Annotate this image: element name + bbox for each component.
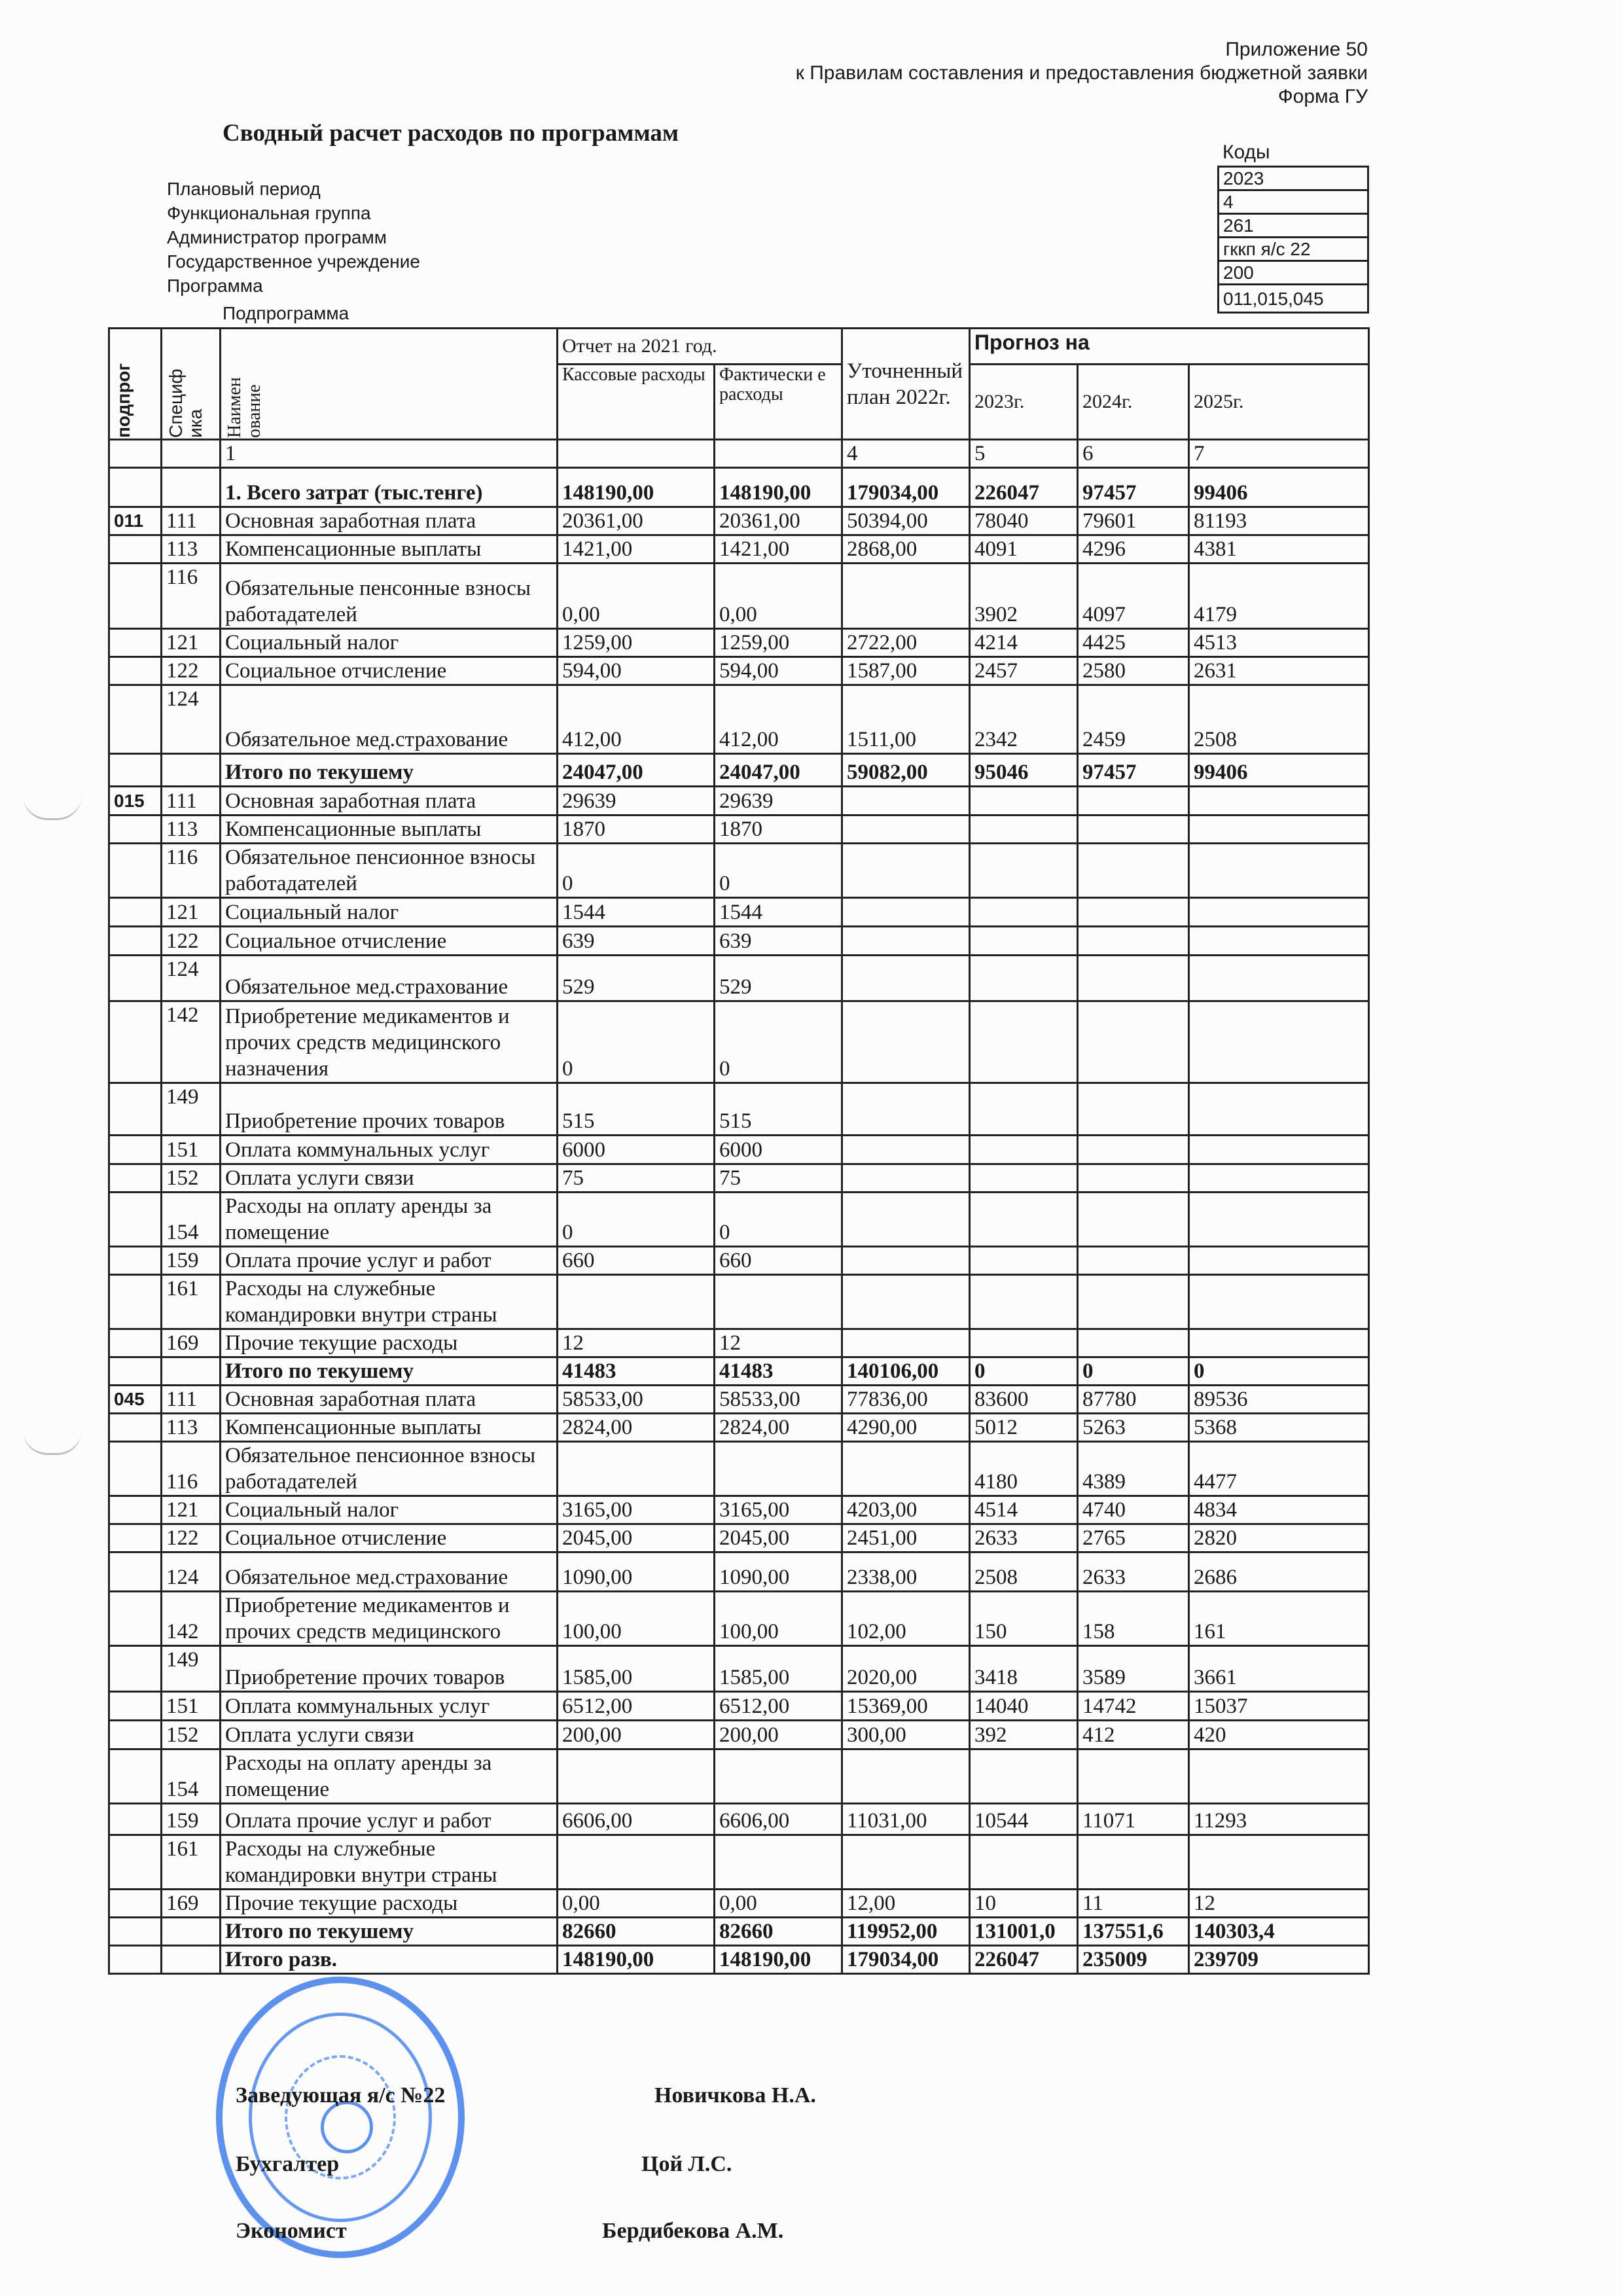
row-forecast-2024: 97457 [1078,468,1189,507]
row-subprogram: 045 [109,1386,162,1414]
row-cash: 148190,00 [558,1946,715,1974]
row-forecast-2023 [970,787,1078,816]
row-plan [842,564,970,629]
row-actual: 6512,00 [715,1692,842,1721]
row-specifics: 113 [162,1414,221,1442]
table-row: 142Приобретение медикаментов и прочих ср… [109,1592,1369,1646]
table-row: 152Оплата услуги связи200,00200,00300,00… [109,1721,1369,1749]
header-2025: 2025г. [1189,365,1369,440]
row-subprogram [109,1193,162,1247]
row-forecast-2023 [970,1083,1078,1136]
row-subprogram [109,1804,162,1835]
header-2023: 2023г. [970,365,1078,440]
row-plan: 1587,00 [842,657,970,685]
row-subprogram [109,1918,162,1946]
row-specifics: 152 [162,1164,221,1193]
row-subprogram [109,1001,162,1083]
row-plan [842,898,970,927]
row-name: Обязательные пенсонные взносы работадате… [221,564,558,629]
row-plan: 179034,00 [842,468,970,507]
row-specifics: 111 [162,1386,221,1414]
row-actual [715,1442,842,1496]
row-forecast-2023: 392 [970,1721,1078,1749]
table-row: Итого по текушему4148341483140106,00000 [109,1357,1369,1386]
table-row: 122Социальное отчисление2045,002045,0024… [109,1524,1369,1552]
row-forecast-2025: 5368 [1189,1414,1369,1442]
row-actual: 0 [715,1001,842,1083]
row-forecast-2025 [1189,844,1369,898]
row-plan [842,787,970,816]
row-actual: 515 [715,1083,842,1136]
row-subprogram [109,1442,162,1496]
row-forecast-2023: 131001,0 [970,1918,1078,1946]
row-specifics: 111 [162,507,221,535]
row-forecast-2025 [1189,1001,1369,1083]
code-value: 261 [1219,214,1368,238]
row-name: Социальное отчисление [221,927,558,956]
table-row: 122Социальное отчисление594,00594,001587… [109,657,1369,685]
row-forecast-2023 [970,1164,1078,1193]
row-plan [842,1001,970,1083]
header-forecast: Прогноз на [970,329,1369,365]
row-forecast-2023: 4214 [970,629,1078,657]
row-forecast-2023: 2342 [970,685,1078,754]
row-forecast-2024 [1078,1275,1189,1329]
row-forecast-2025 [1189,1275,1369,1329]
row-name: Итого по текушему [221,754,558,787]
column-number [558,440,715,468]
table-row: Итого разв.148190,00148190,00179034,0022… [109,1946,1369,1974]
row-actual: 1259,00 [715,629,842,657]
row-name: 1. Всего затрат (тыс.тенге) [221,468,558,507]
table-row: 159Оплата прочие услуг и работ6606,00660… [109,1804,1369,1835]
table-row: 124Обязательное мед.страхование412,00412… [109,685,1369,754]
row-forecast-2024 [1078,1749,1189,1804]
row-specifics: 121 [162,1496,221,1524]
row-forecast-2024 [1078,898,1189,927]
row-actual: 200,00 [715,1721,842,1749]
row-subprogram [109,927,162,956]
meta-label: Подпрограмма [223,303,349,324]
row-forecast-2023: 78040 [970,507,1078,535]
column-number: 1 [221,440,558,468]
row-forecast-2023: 4091 [970,535,1078,564]
row-forecast-2025 [1189,1329,1369,1357]
row-forecast-2024 [1078,1083,1189,1136]
row-plan: 300,00 [842,1721,970,1749]
punch-hole-mark [23,795,82,820]
table-row: 113Компенсационные выплаты2824,002824,00… [109,1414,1369,1442]
row-cash: 41483 [558,1357,715,1386]
row-actual: 58533,00 [715,1386,842,1414]
row-actual: 75 [715,1164,842,1193]
table-row: 149Приобретение прочих товаров515515 [109,1083,1369,1136]
row-name: Оплата прочие услуг и работ [221,1804,558,1835]
row-subprogram [109,1835,162,1890]
row-plan: 4203,00 [842,1496,970,1524]
row-specifics: 142 [162,1592,221,1646]
row-forecast-2025: 0 [1189,1357,1369,1386]
row-subprogram [109,1749,162,1804]
code-value: 4 [1219,190,1368,214]
row-name: Компенсационные выплаты [221,1414,558,1442]
row-actual: 412,00 [715,685,842,754]
row-plan [842,1275,970,1329]
row-actual: 100,00 [715,1592,842,1646]
row-cash: 1870 [558,816,715,844]
row-plan: 15369,00 [842,1692,970,1721]
row-actual: 6000 [715,1136,842,1164]
row-forecast-2025 [1189,927,1369,956]
row-cash: 412,00 [558,685,715,754]
row-specifics: 169 [162,1329,221,1357]
table-row: 151Оплата коммунальных услуг6512,006512,… [109,1692,1369,1721]
row-subprogram [109,1646,162,1692]
row-subprogram [109,1496,162,1524]
row-forecast-2025: 4834 [1189,1496,1369,1524]
row-actual: 20361,00 [715,507,842,535]
row-forecast-2024 [1078,787,1189,816]
row-forecast-2023 [970,1835,1078,1890]
signature-name: Новичкова Н.А. [654,2083,816,2108]
row-forecast-2024 [1078,1193,1189,1247]
row-forecast-2023 [970,1329,1078,1357]
row-subprogram [109,657,162,685]
row-forecast-2023: 4514 [970,1496,1078,1524]
row-forecast-2024: 412 [1078,1721,1189,1749]
row-subprogram: 015 [109,787,162,816]
row-specifics: 149 [162,1083,221,1136]
row-forecast-2025: 99406 [1189,468,1369,507]
row-actual: 148190,00 [715,468,842,507]
code-value: 2023 [1219,167,1368,190]
row-forecast-2023: 226047 [970,1946,1078,1974]
row-subprogram [109,1275,162,1329]
table-row: 142Приобретение медикаментов и прочих ср… [109,1001,1369,1083]
row-forecast-2024 [1078,1835,1189,1890]
row-subprogram [109,1164,162,1193]
row-actual: 1870 [715,816,842,844]
row-cash: 1421,00 [558,535,715,564]
row-actual: 0,00 [715,564,842,629]
row-forecast-2025: 89536 [1189,1386,1369,1414]
row-subprogram [109,1136,162,1164]
signature-name: Бердибекова А.М. [602,2219,783,2244]
row-plan [842,927,970,956]
row-actual: 529 [715,956,842,1001]
codes-label: Коды [1222,141,1270,164]
row-name: Компенсационные выплаты [221,816,558,844]
row-forecast-2024 [1078,816,1189,844]
row-forecast-2024: 4740 [1078,1496,1189,1524]
header-2024: 2024г. [1078,365,1189,440]
row-forecast-2025: 81193 [1189,507,1369,535]
row-actual: 1421,00 [715,535,842,564]
table-row: 011111Основная заработная плата20361,002… [109,507,1369,535]
row-subprogram [109,1721,162,1749]
row-forecast-2025 [1189,1749,1369,1804]
table-row: 154Расходы на оплату аренды за помещение [109,1749,1369,1804]
row-plan [842,1329,970,1357]
row-plan: 1511,00 [842,685,970,754]
row-forecast-2024: 79601 [1078,507,1189,535]
row-subprogram [109,754,162,787]
official-stamp [216,1977,465,2258]
row-specifics: 169 [162,1890,221,1918]
row-forecast-2025: 12 [1189,1890,1369,1918]
row-specifics: 124 [162,1552,221,1592]
row-subprogram [109,1890,162,1918]
row-forecast-2023: 14040 [970,1692,1078,1721]
emblem-icon [321,2101,373,2153]
row-name: Расходы на оплату аренды за помещение [221,1749,558,1804]
row-forecast-2023: 5012 [970,1414,1078,1442]
code-value: гккп я/с 22 [1219,238,1368,261]
row-specifics: 113 [162,816,221,844]
row-actual: 0,00 [715,1890,842,1918]
table-row: 015111Основная заработная плата296392963… [109,787,1369,816]
table-row: 121Социальный налог1259,001259,002722,00… [109,629,1369,657]
row-plan [842,1749,970,1804]
row-cash: 515 [558,1083,715,1136]
row-name: Основная заработная плата [221,787,558,816]
row-cash: 12 [558,1329,715,1357]
row-actual: 2045,00 [715,1524,842,1552]
table-row: 124Обязательное мед.страхование1090,0010… [109,1552,1369,1592]
table-row: 113Компенсационные выплаты18701870 [109,816,1369,844]
row-specifics [162,754,221,787]
row-cash [558,1275,715,1329]
row-forecast-2025 [1189,1193,1369,1247]
row-subprogram [109,1946,162,1974]
row-actual: 0 [715,1193,842,1247]
table-row: 152Оплата услуги связи7575 [109,1164,1369,1193]
codes-table: 20234261гккп я/с 22200011,015,045 [1217,166,1369,314]
row-cash: 100,00 [558,1592,715,1646]
row-cash: 6000 [558,1136,715,1164]
row-cash: 0 [558,1193,715,1247]
row-forecast-2025: 4477 [1189,1442,1369,1496]
row-specifics: 113 [162,535,221,564]
row-forecast-2023 [970,1275,1078,1329]
column-number [109,440,162,468]
header-plan-2022: Уточненный план 2022г. [842,329,970,440]
table-row: 124Обязательное мед.страхование529529 [109,956,1369,1001]
row-name: Компенсационные выплаты [221,535,558,564]
row-specifics: 151 [162,1136,221,1164]
expenses-table: подпрог Специф ика Наимен ование Отчет н… [108,327,1370,1975]
row-forecast-2024: 2580 [1078,657,1189,685]
row-specifics: 152 [162,1721,221,1749]
row-name: Оплата коммунальных услуг [221,1692,558,1721]
row-specifics [162,1918,221,1946]
table-row: 045111Основная заработная плата58533,005… [109,1386,1369,1414]
row-plan: 140106,00 [842,1357,970,1386]
row-forecast-2025 [1189,1164,1369,1193]
row-cash: 2045,00 [558,1524,715,1552]
row-forecast-2024: 2459 [1078,685,1189,754]
signature-role: Заведующая я/с №22 [236,2083,445,2108]
row-forecast-2023: 2633 [970,1524,1078,1552]
signature-role: Экономист [236,2219,347,2244]
row-plan: 50394,00 [842,507,970,535]
row-cash: 20361,00 [558,507,715,535]
meta-label: Государственное учреждение [167,251,420,272]
row-name: Приобретение прочих товаров [221,1646,558,1692]
row-specifics: 159 [162,1804,221,1835]
row-forecast-2024: 97457 [1078,754,1189,787]
row-actual: 3165,00 [715,1496,842,1524]
row-cash: 2824,00 [558,1414,715,1442]
row-subprogram [109,1524,162,1552]
row-forecast-2024 [1078,927,1189,956]
row-forecast-2023: 10544 [970,1804,1078,1835]
row-plan: 179034,00 [842,1946,970,1974]
row-forecast-2023 [970,844,1078,898]
row-plan: 119952,00 [842,1918,970,1946]
row-cash: 639 [558,927,715,956]
row-subprogram: 011 [109,507,162,535]
row-plan [842,844,970,898]
row-forecast-2023 [970,816,1078,844]
row-cash: 0,00 [558,564,715,629]
row-cash: 0 [558,844,715,898]
row-plan: 2722,00 [842,629,970,657]
table-row: Итого по текушему24047,0024047,0059082,0… [109,754,1369,787]
row-specifics: 122 [162,927,221,956]
row-name: Социальный налог [221,1496,558,1524]
row-forecast-2024 [1078,956,1189,1001]
row-name: Оплата прочие услуг и работ [221,1247,558,1275]
row-forecast-2025 [1189,1247,1369,1275]
row-plan: 11031,00 [842,1804,970,1835]
signature-role: Бухгалтер [236,2152,339,2177]
row-cash: 24047,00 [558,754,715,787]
row-cash: 0,00 [558,1890,715,1918]
meta-label: Плановый период [167,179,321,200]
row-name: Итого по текушему [221,1918,558,1946]
row-specifics: 149 [162,1646,221,1692]
row-forecast-2024 [1078,1136,1189,1164]
row-cash: 1585,00 [558,1646,715,1692]
appendix-label: Приложение 50 [1225,38,1368,62]
row-plan [842,1083,970,1136]
table-row: 169Прочие текущие расходы0,000,0012,0010… [109,1890,1369,1918]
row-specifics [162,1946,221,1974]
row-forecast-2025: 2820 [1189,1524,1369,1552]
row-specifics: 121 [162,629,221,657]
row-specifics [162,1357,221,1386]
table-row: 149Приобретение прочих товаров1585,00158… [109,1646,1369,1692]
row-forecast-2024: 2765 [1078,1524,1189,1552]
column-number: 6 [1078,440,1189,468]
punch-hole-mark [23,1430,82,1455]
row-name: Обязательное мед.страхование [221,685,558,754]
row-forecast-2023: 2508 [970,1552,1078,1592]
header-report-2021: Отчет на 2021 год. [558,329,842,365]
row-name: Социальный налог [221,898,558,927]
row-forecast-2023 [970,956,1078,1001]
row-subprogram [109,816,162,844]
row-plan [842,1193,970,1247]
row-cash: 529 [558,956,715,1001]
row-forecast-2024: 14742 [1078,1692,1189,1721]
row-forecast-2024: 4425 [1078,629,1189,657]
row-forecast-2025: 99406 [1189,754,1369,787]
row-forecast-2023: 83600 [970,1386,1078,1414]
row-forecast-2025 [1189,1835,1369,1890]
row-subprogram [109,1592,162,1646]
row-name: Прочие текущие расходы [221,1890,558,1918]
row-forecast-2025: 11293 [1189,1804,1369,1835]
row-plan [842,1164,970,1193]
row-forecast-2023: 10 [970,1890,1078,1918]
row-cash: 29639 [558,787,715,816]
row-forecast-2023 [970,1136,1078,1164]
table-row: 1. Всего затрат (тыс.тенге)148190,001481… [109,468,1369,507]
row-specifics: 124 [162,685,221,754]
row-name: Приобретение медикаментов и прочих средс… [221,1592,558,1646]
row-cash: 200,00 [558,1721,715,1749]
row-name: Приобретение медикаментов и прочих средс… [221,1001,558,1083]
table-row: 116Обязательные пенсонные взносы работад… [109,564,1369,629]
table-row: 159Оплата прочие услуг и работ660660 [109,1247,1369,1275]
row-forecast-2025: 420 [1189,1721,1369,1749]
row-subprogram [109,1552,162,1592]
table-row: 116Обязательное пенсионное взносы работа… [109,844,1369,898]
row-name: Оплата услуги связи [221,1164,558,1193]
row-actual: 41483 [715,1357,842,1386]
row-subprogram [109,1247,162,1275]
row-name: Расходы на оплату аренды за помещение [221,1193,558,1247]
row-forecast-2024: 11071 [1078,1804,1189,1835]
row-forecast-2024: 158 [1078,1592,1189,1646]
row-forecast-2023: 2457 [970,657,1078,685]
row-forecast-2024 [1078,1247,1189,1275]
row-name: Социальное отчисление [221,657,558,685]
row-forecast-2024: 5263 [1078,1414,1189,1442]
row-plan [842,956,970,1001]
meta-label: Программа [167,276,263,296]
row-name: Обязательное пенсионное взносы работадат… [221,1442,558,1496]
table-row: 169Прочие текущие расходы1212 [109,1329,1369,1357]
table-row: 161Расходы на служебные командировки вну… [109,1275,1369,1329]
row-plan: 4290,00 [842,1414,970,1442]
row-plan [842,1442,970,1496]
row-actual: 148190,00 [715,1946,842,1974]
row-forecast-2025 [1189,1136,1369,1164]
table-row: 116Обязательное пенсионное взносы работа… [109,1442,1369,1496]
table-row: 122Социальное отчисление639639 [109,927,1369,956]
column-number [162,440,221,468]
row-actual: 24047,00 [715,754,842,787]
form-label: Форма ГУ [1278,85,1368,109]
row-name: Итого разв. [221,1946,558,1974]
row-forecast-2023 [970,898,1078,927]
table-row: 121Социальный налог3165,003165,004203,00… [109,1496,1369,1524]
row-plan: 2338,00 [842,1552,970,1592]
row-name: Обязательное мед.страхование [221,1552,558,1592]
row-forecast-2023: 95046 [970,754,1078,787]
row-forecast-2025 [1189,898,1369,927]
row-actual: 2824,00 [715,1414,842,1442]
row-forecast-2025: 140303,4 [1189,1918,1369,1946]
row-plan: 77836,00 [842,1386,970,1414]
header-specifics: Специф ика [162,329,221,440]
row-plan: 2020,00 [842,1646,970,1692]
row-subprogram [109,685,162,754]
row-subprogram [109,1083,162,1136]
